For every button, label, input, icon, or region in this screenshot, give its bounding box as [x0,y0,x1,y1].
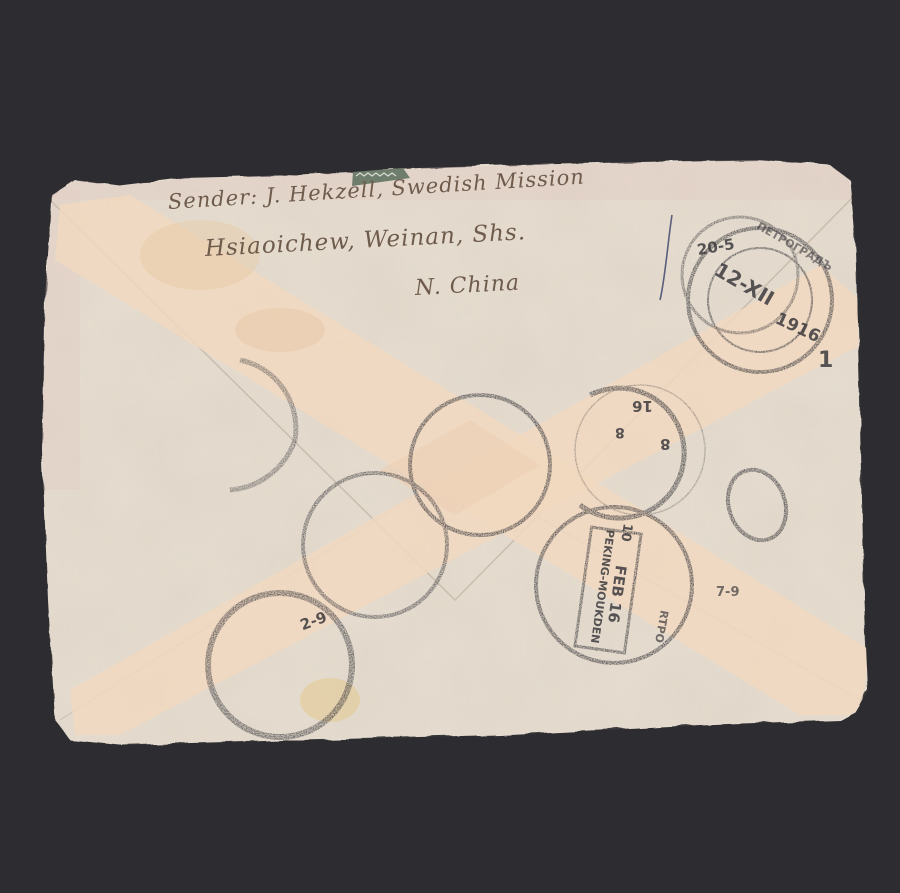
russian-postmark-suffix: 1 [818,348,833,373]
transit-numerals-top: 16 [632,397,653,415]
transit-numerals-right: 8 [660,435,670,453]
lower-right-numerals: 7-9 [716,585,740,600]
peking-moukden-prefix: 10 [617,522,634,542]
transit-numerals-mid: 8 [615,424,625,440]
envelope-illustration [0,0,900,893]
envelope-photo: Sender: J. Hekzell, Swedish Mission Hsia… [0,0,900,893]
